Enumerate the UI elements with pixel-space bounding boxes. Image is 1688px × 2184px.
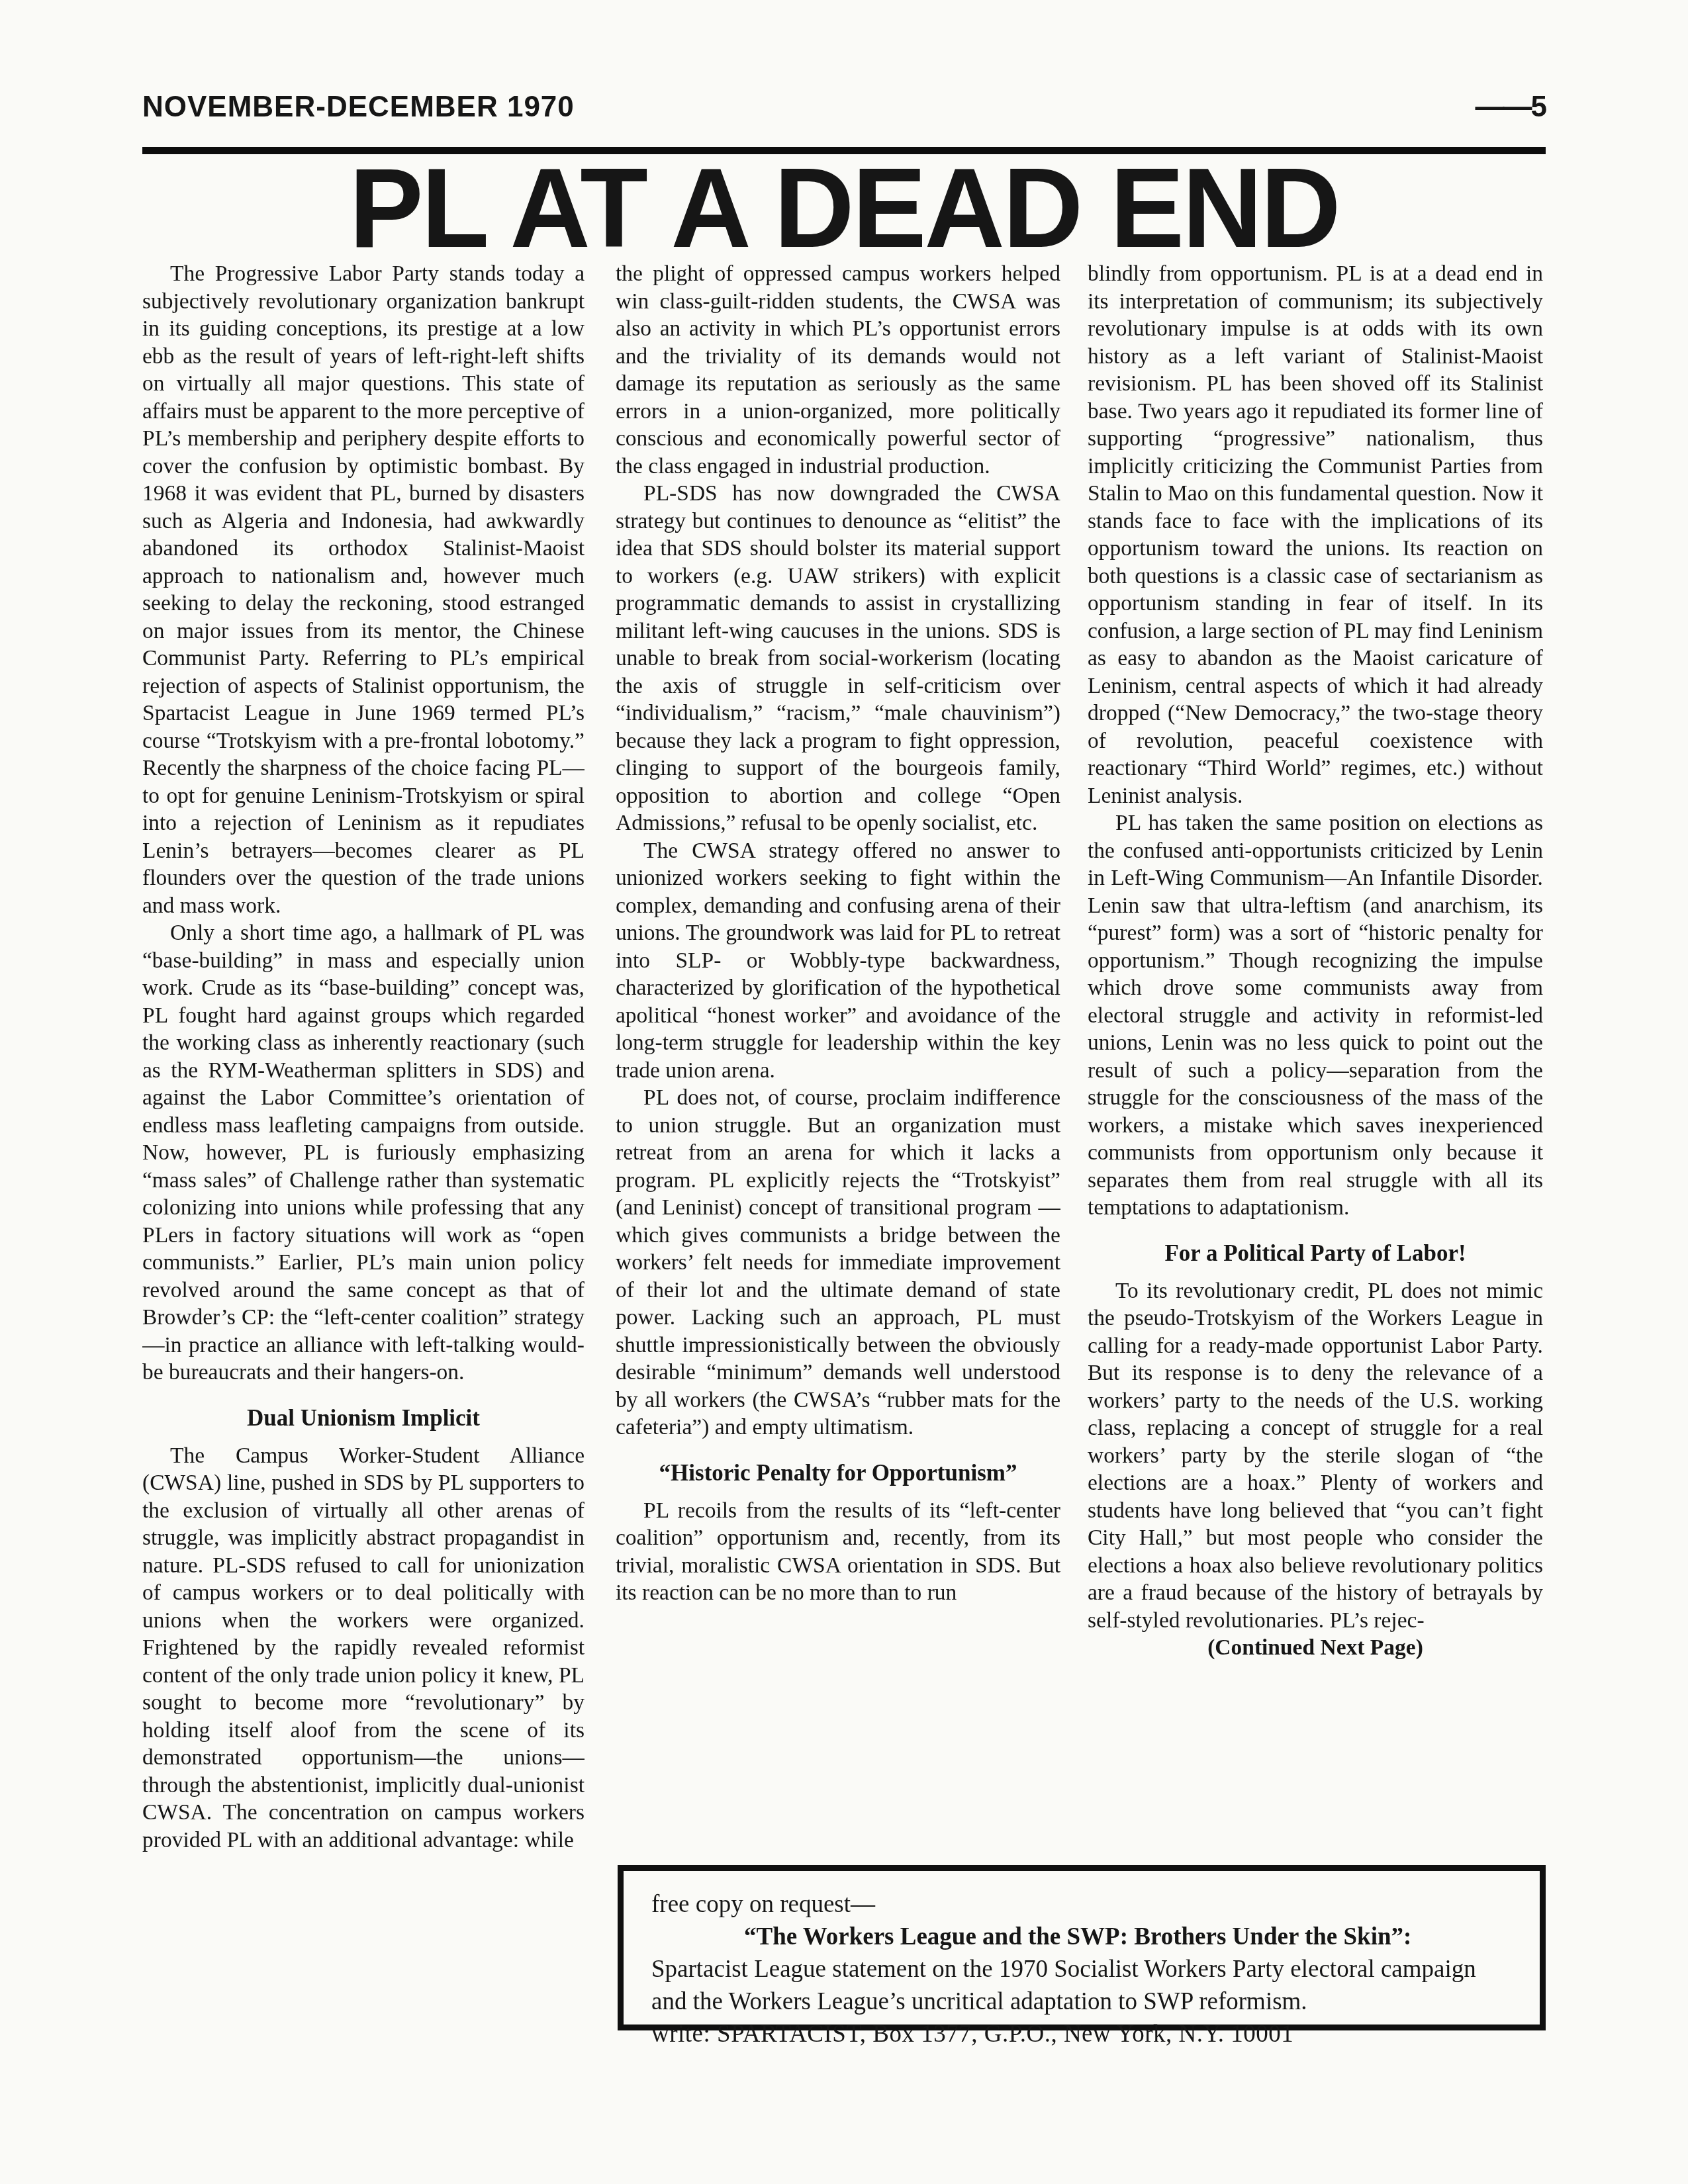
paragraph: To its revolutionary credit, PL does not…	[1088, 1277, 1543, 1635]
article-column-3: blindly from opportunism. PL is at a dea…	[1088, 260, 1543, 1878]
paragraph: blindly from opportunism. PL is at a dea…	[1088, 260, 1543, 809]
masthead-date: NOVEMBER-DECEMBER 1970	[142, 93, 575, 122]
paragraph: The CWSA strategy offered no answer to u…	[616, 837, 1060, 1085]
continued-next-page-notice: (Continued Next Page)	[1088, 1634, 1543, 1662]
paragraph: the plight of oppressed campus workers h…	[616, 260, 1060, 480]
paragraph: The Campus Worker-Student Alliance (CWSA…	[142, 1442, 585, 1854]
paragraph: The Progressive Labor Party stands today…	[142, 260, 585, 919]
free-copy-line: free copy on request—	[651, 1888, 1512, 1921]
article-column-2: the plight of oppressed campus workers h…	[616, 260, 1060, 1878]
newspaper-page: NOVEMBER-DECEMBER 1970 ——5 PL AT A DEAD …	[0, 0, 1688, 2184]
paragraph: PL recoils from the results of its “left…	[616, 1497, 1060, 1607]
paragraph: PL does not, of course, proclaim indiffe…	[616, 1084, 1060, 1441]
pamphlet-description: Spartacist League statement on the 1970 …	[651, 1953, 1512, 2018]
page-number: ——5	[1476, 93, 1546, 122]
page-title: PL AT A DEAD END	[0, 151, 1688, 264]
free-copy-request-box: free copy on request— “The Workers Leagu…	[618, 1865, 1546, 2030]
paragraph: Only a short time ago, a hallmark of PL …	[142, 919, 585, 1387]
subhead-historic-penalty: “Historic Penalty for Opportunism”	[616, 1460, 1060, 1486]
paragraph: PL has taken the same position on electi…	[1088, 809, 1543, 1222]
write-address: write: SPARTACIST, Box 1377, G.P.O., New…	[651, 2018, 1512, 2050]
article-column-1: The Progressive Labor Party stands today…	[142, 260, 585, 1997]
paragraph: PL-SDS has now downgraded the CWSA strat…	[616, 480, 1060, 837]
pamphlet-title: “The Workers League and the SWP: Brother…	[651, 1921, 1512, 1953]
subhead-political-party-of-labor: For a Political Party of Labor!	[1088, 1240, 1543, 1267]
subhead-dual-unionism: Dual Unionism Implicit	[142, 1405, 585, 1432]
